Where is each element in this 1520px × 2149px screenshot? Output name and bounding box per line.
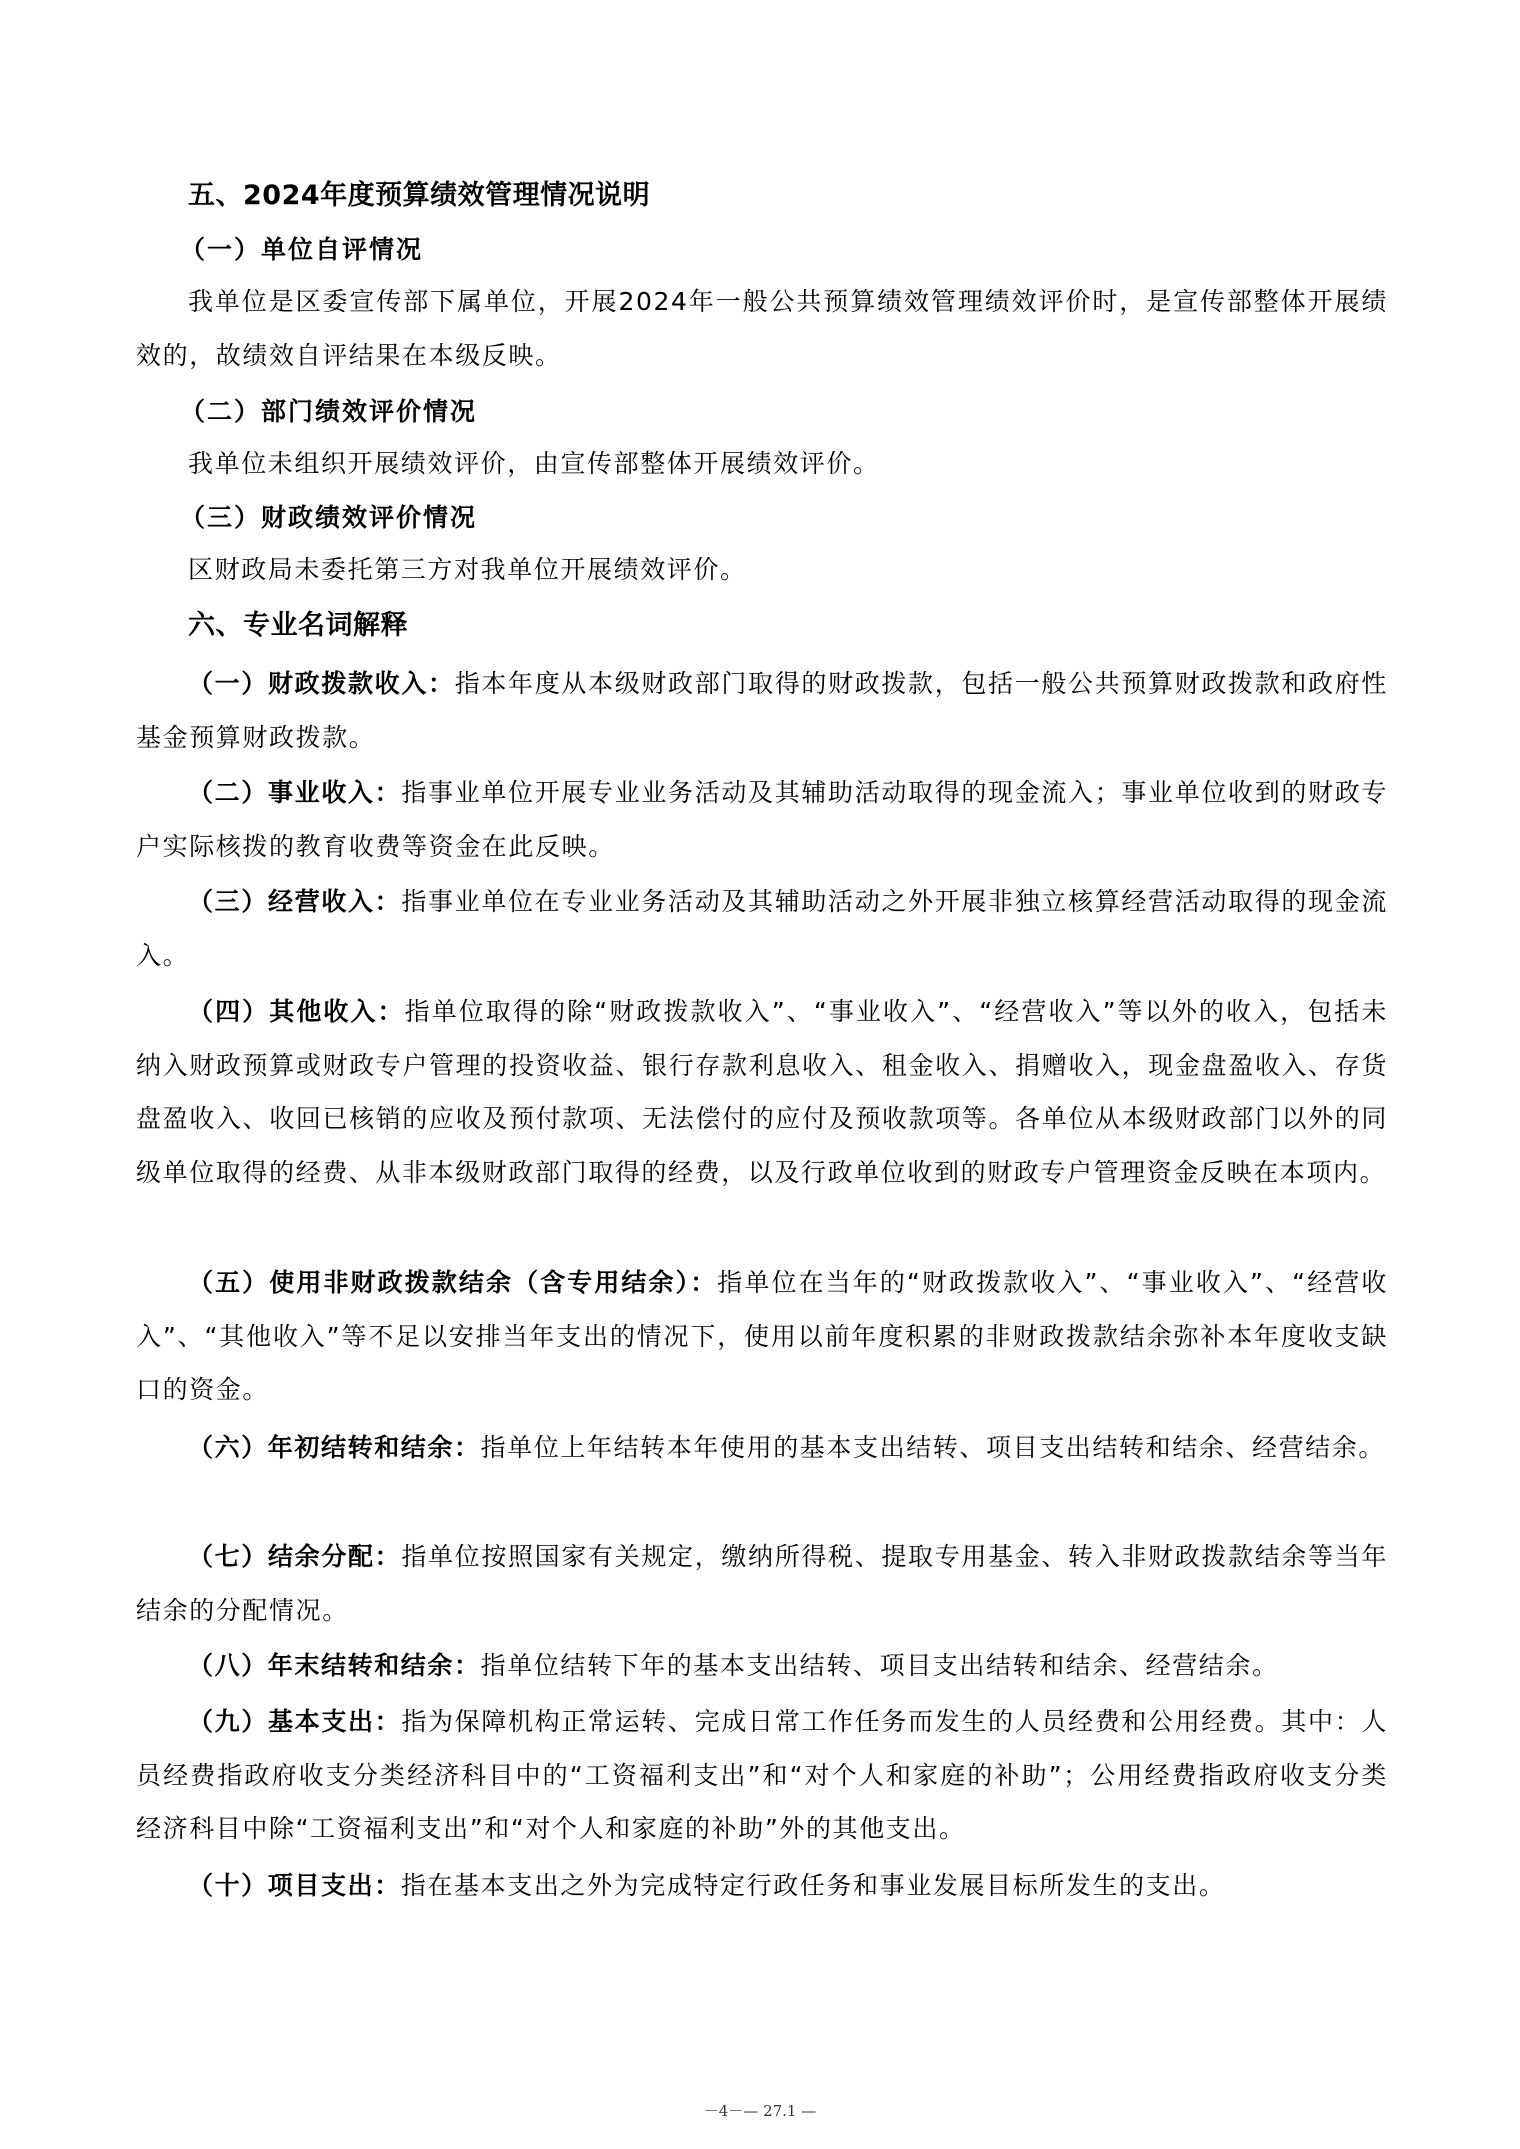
definition-7: （七）结余分配：指单位按照国家有关规定，缴纳所得税、提取专用基金、转入非财政拨款… (136, 1530, 1388, 1637)
definition-4: （四）其他收入：指单位取得的除“财政拨款收入”、“事业收入”、“经营收入”等以外… (136, 985, 1388, 1199)
definition-3: （三）经营收入：指事业单位在专业业务活动及其辅助活动之外开展非独立核算经营活动取… (136, 875, 1388, 982)
section-heading-5: 五、2024年度预算绩效管理情况说明 (188, 178, 1388, 214)
paragraph-self-evaluation: 我单位是区委宣传部下属单位，开展2024年一般公共预算绩效管理绩效评价时，是宣传… (136, 275, 1388, 382)
definition-text: 指单位上年结转本年使用的基本支出结转、项目支出结转和结余、经营结余。 (481, 1433, 1385, 1462)
subsection-heading-department-evaluation: （二）部门绩效评价情况 (180, 395, 1380, 429)
definition-6: （六）年初结转和结余：指单位上年结转本年使用的基本支出结转、项目支出结转和结余、… (136, 1421, 1388, 1475)
definition-5: （五）使用非财政拨款结余（含专用结余）：指单位在当年的“财政拨款收入”、“事业收… (136, 1256, 1388, 1417)
definition-1: （一）财政拨款收入：指本年度从本级财政部门取得的财政拨款，包括一般公共预算财政拨… (136, 657, 1388, 764)
definition-term: （五）使用非财政拨款结余（含专用结余）： (188, 1268, 717, 1297)
definition-term: （八）年末结转和结余： (188, 1651, 481, 1680)
definition-term: （七）结余分配： (188, 1542, 401, 1571)
paragraph-finance-evaluation: 区财政局未委托第三方对我单位开展绩效评价。 (136, 543, 1388, 597)
document-page: 五、2024年度预算绩效管理情况说明 （一）单位自评情况 我单位是区委宣传部下属… (0, 0, 1520, 2149)
definition-term: （十）项目支出： (188, 1871, 401, 1900)
definition-term: （九）基本支出： (188, 1707, 401, 1736)
document-stamp: — 27.1 — (743, 2102, 816, 2120)
definition-2: （二）事业收入：指事业单位开展专业业务活动及其辅助活动取得的现金流入；事业单位收… (136, 766, 1388, 873)
definition-term: （三）经营收入： (188, 887, 401, 916)
definition-8: （八）年末结转和结余：指单位结转下年的基本支出结转、项目支出结转和结余、经营结余… (136, 1639, 1388, 1693)
subsection-heading-self-evaluation: （一）单位自评情况 (180, 233, 1380, 267)
definition-term: （一）财政拨款收入： (188, 669, 455, 698)
page-number: －4－ (704, 2102, 744, 2120)
subsection-heading-finance-evaluation: （三）财政绩效评价情况 (180, 501, 1380, 535)
definition-term: （二）事业收入： (188, 778, 401, 807)
definition-9: （九）基本支出：指为保障机构正常运转、完成日常工作任务而发生的人员经费和公用经费… (136, 1695, 1388, 1856)
section-heading-6: 六、专业名词解释 (188, 608, 1388, 644)
definition-text: 指单位结转下年的基本支出结转、项目支出结转和结余、经营结余。 (481, 1651, 1279, 1680)
page-footer: －4－— 27.1 — (600, 2100, 920, 2121)
definition-term: （四）其他收入： (188, 997, 405, 1026)
paragraph-department-evaluation: 我单位未组织开展绩效评价，由宣传部整体开展绩效评价。 (136, 437, 1388, 491)
definition-10: （十）项目支出：指在基本支出之外为完成特定行政任务和事业发展目标所发生的支出。 (136, 1859, 1388, 1913)
definition-term: （六）年初结转和结余： (188, 1433, 481, 1462)
definition-text: 指在基本支出之外为完成特定行政任务和事业发展目标所发生的支出。 (401, 1871, 1226, 1900)
